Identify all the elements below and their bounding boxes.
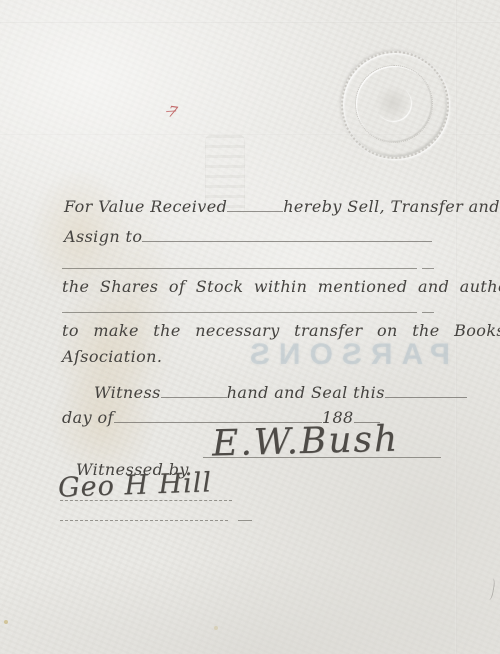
paper-speck (4, 620, 8, 624)
day-of-label: day of (62, 408, 114, 427)
blank-rule (142, 227, 432, 242)
form-line-1-post: hereby Sell, Transfer and (283, 197, 500, 216)
blank-rule-end-dash (422, 268, 434, 269)
hand-and-seal-label: hand and Seal this (227, 383, 385, 402)
blank-rule-end-dash (422, 312, 434, 313)
showthrough-mirrored-text: PARSONS (210, 338, 450, 372)
blank-rule (161, 383, 227, 398)
form-line-2: Assign to (64, 227, 432, 246)
embossed-seal-center (375, 85, 411, 121)
witness-line: Witnesshand and Seal this (94, 383, 467, 402)
witness-signature: Geo H Hill (58, 467, 213, 503)
paper-speck (214, 626, 218, 630)
red-pen-annotation: 7 (167, 104, 179, 120)
blank-rule-end-dash (238, 520, 252, 521)
witness-label: Witness (94, 383, 161, 402)
form-line-6: to make the necessary transfer on the Bo… (62, 321, 500, 340)
blank-rule-full (62, 312, 417, 313)
blank-rule-full (62, 268, 417, 269)
fold-crease (0, 21, 500, 23)
assign-to-label: Assign to (64, 227, 142, 246)
form-line-1-pre: For Value Received (64, 197, 227, 216)
paper-background: PARSONS 7 For Value Receivedhereby Sell,… (0, 0, 500, 654)
signature-rule (203, 457, 441, 458)
blank-rule (227, 197, 283, 212)
blank-rule (385, 383, 467, 398)
blank-rule-bottom (60, 520, 228, 521)
form-line-4: the Shares of Stock within mentioned and… (62, 277, 500, 296)
form-line-7: Aſsociation. (62, 347, 162, 366)
form-line-1: For Value Receivedhereby Sell, Transfer … (64, 197, 500, 216)
pencil-mark (484, 577, 496, 600)
witness-signature-rule (60, 500, 232, 501)
